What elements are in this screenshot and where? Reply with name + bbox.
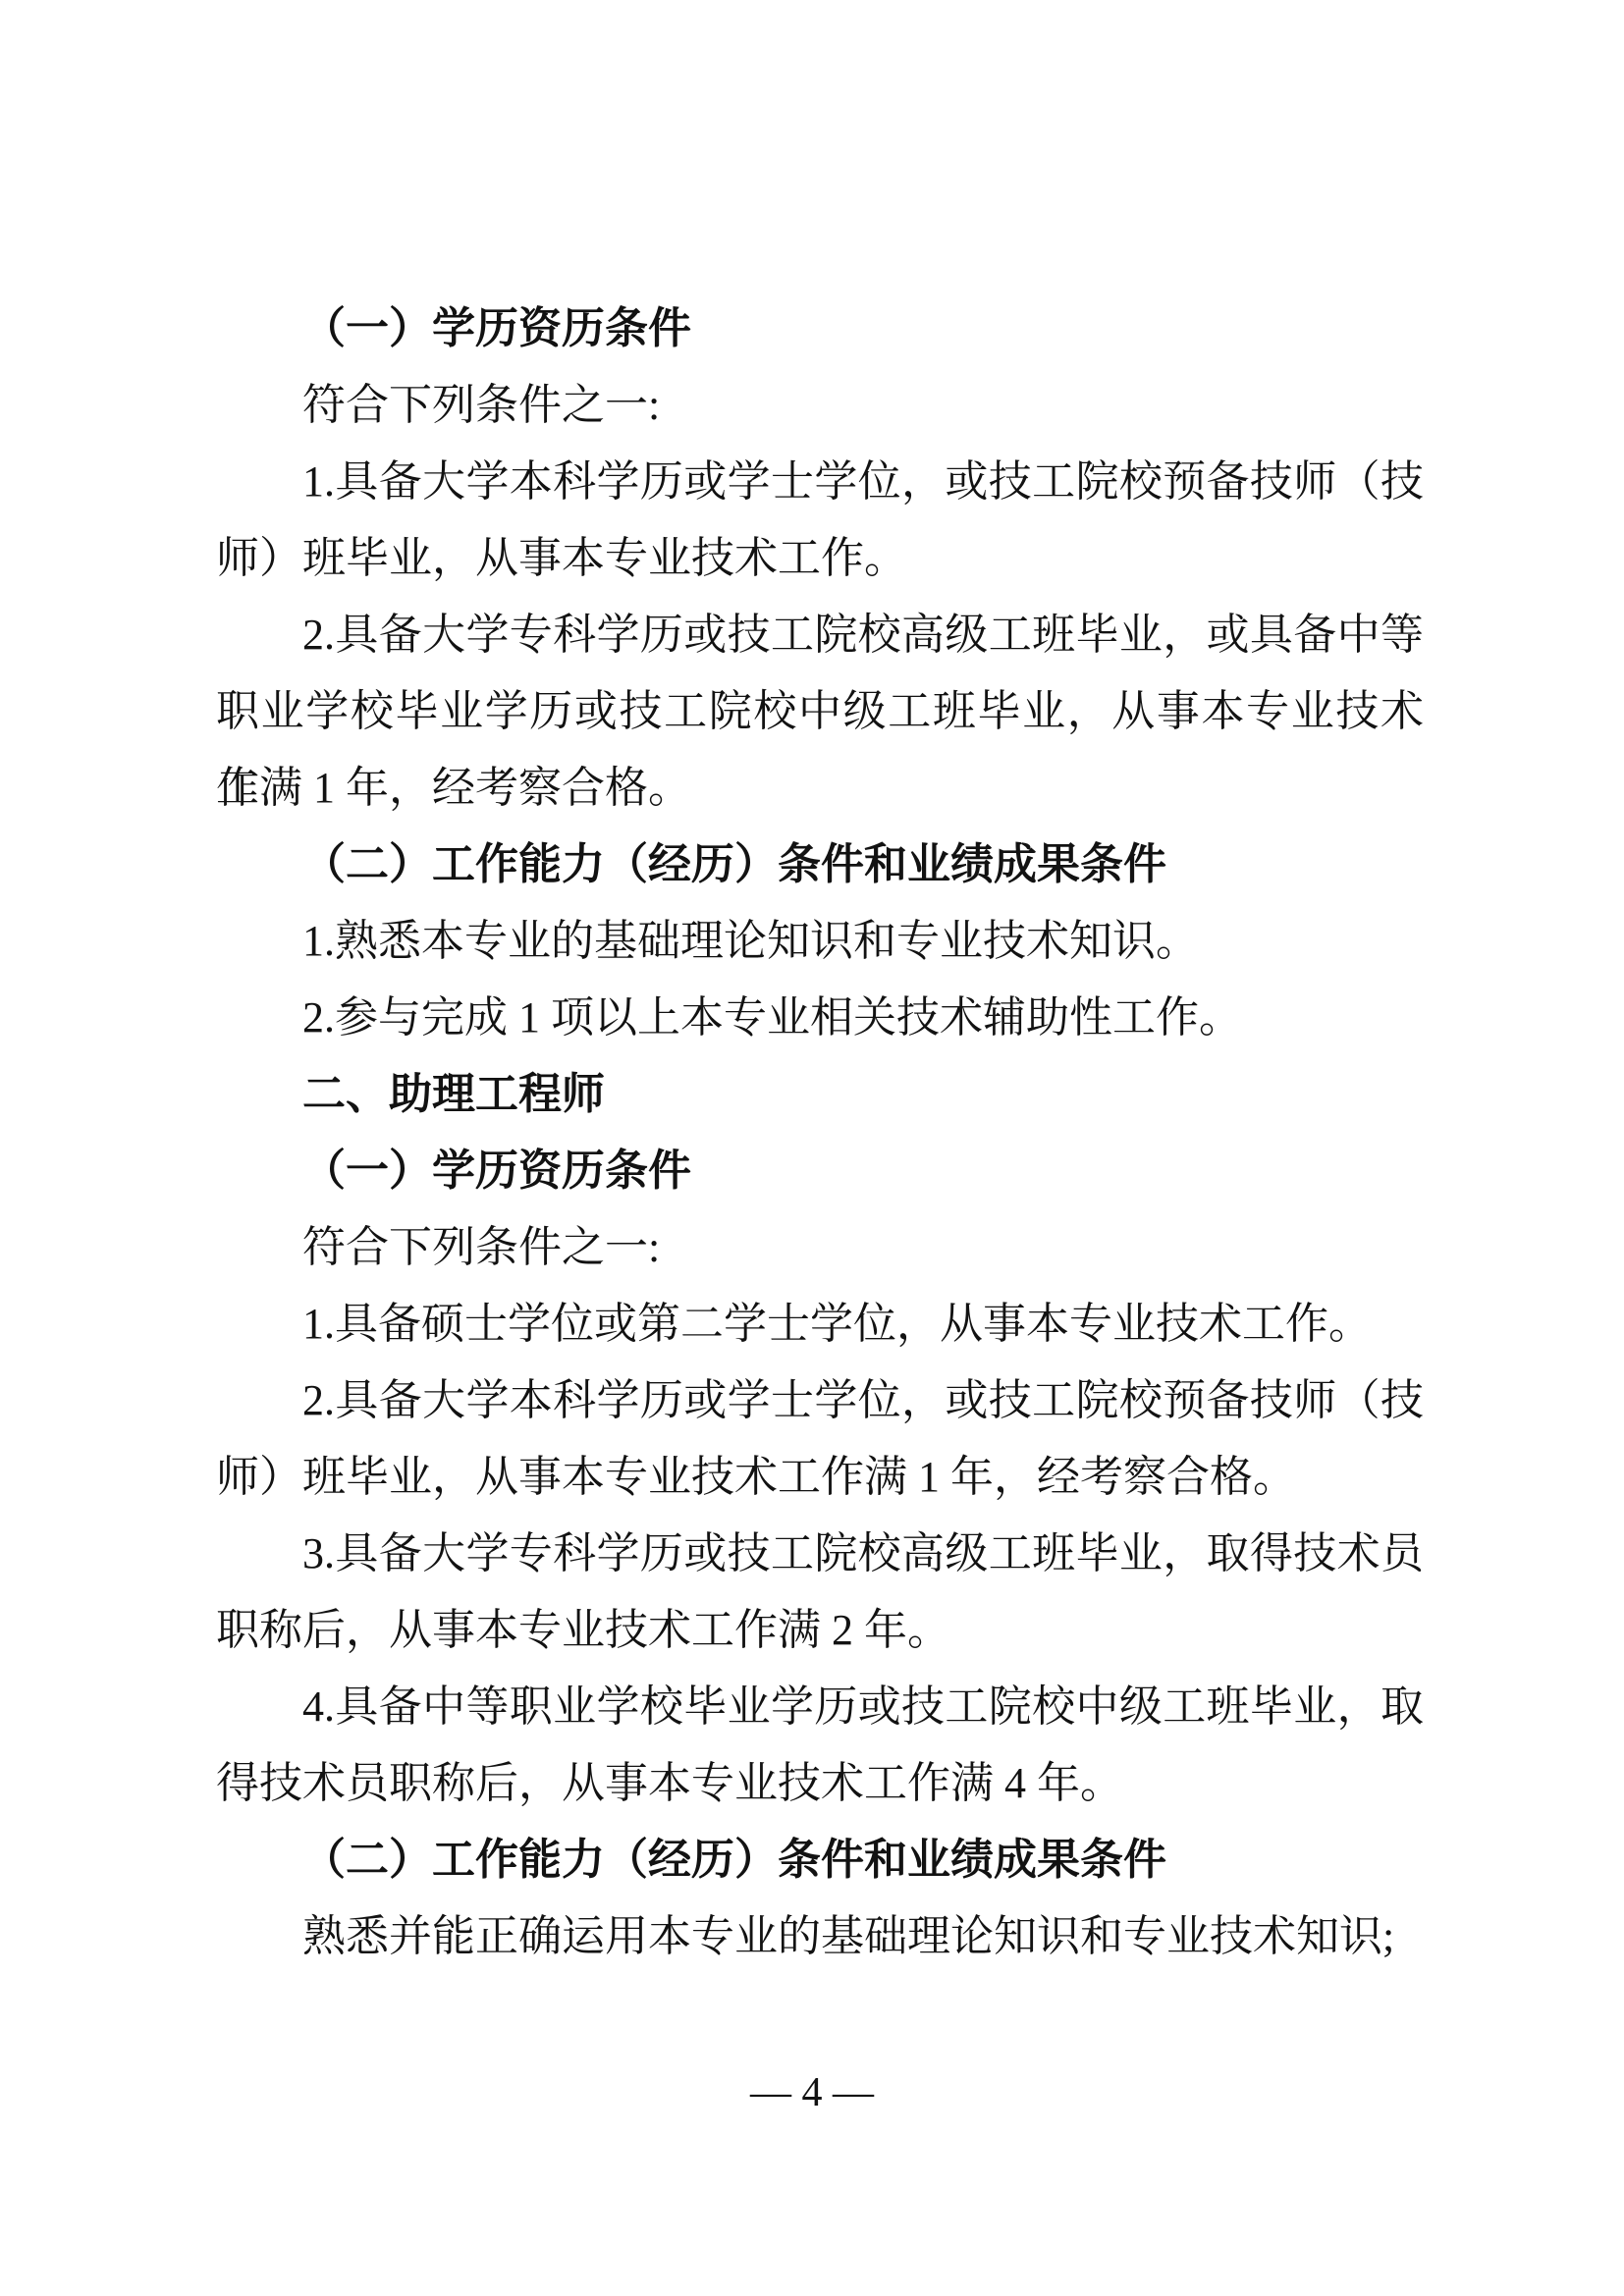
section-heading: （二）工作能力（经历）条件和业绩成果条件 [216,1822,1424,1898]
text-line: 1.具备大学本科学历或学士学位，或技工院校预备技师（技 [216,444,1424,520]
text-line: 熟悉并能正确运用本专业的基础理论知识和专业技术知识; [216,1898,1424,1975]
text-line: 2.参与完成 1 项以上本专业相关技术辅助性工作。 [216,980,1424,1056]
text-line: 2.具备大学本科学历或学士学位，或技工院校预备技师（技 [216,1362,1424,1439]
text-line: 1.熟悉本专业的基础理论知识和专业技术知识。 [216,903,1424,980]
document-body: （一）学历资历条件符合下列条件之一:1.具备大学本科学历或学士学位，或技工院校预… [216,291,1424,1975]
page: （一）学历资历条件符合下列条件之一:1.具备大学本科学历或学士学位，或技工院校预… [0,0,1624,2296]
text-line: 职业学校毕业学历或技工院校中级工班毕业，从事本专业技术工 [216,673,1424,750]
text-line: 3.具备大学专科学历或技工院校高级工班毕业，取得技术员 [216,1516,1424,1592]
text-line: 2.具备大学专科学历或技工院校高级工班毕业，或具备中等 [216,597,1424,673]
text-line: 4.具备中等职业学校毕业学历或技工院校中级工班毕业，取 [216,1669,1424,1745]
text-line: 符合下列条件之一: [216,1209,1424,1286]
section-heading: （一）学历资历条件 [216,1133,1424,1209]
section-heading: （一）学历资历条件 [216,291,1424,367]
text-line: 职称后，从事本专业技术工作满 2 年。 [216,1592,1424,1669]
text-line: 作满 1 年，经考察合格。 [216,750,1424,827]
text-line: 师）班毕业，从事本专业技术工作满 1 年，经考察合格。 [216,1439,1424,1516]
text-line: 符合下列条件之一: [216,367,1424,444]
text-line: 师）班毕业，从事本专业技术工作。 [216,520,1424,597]
text-line: 得技术员职称后，从事本专业技术工作满 4 年。 [216,1745,1424,1822]
text-line: 1.具备硕士学位或第二学士学位，从事本专业技术工作。 [216,1286,1424,1362]
page-number: — 4 — [0,2061,1624,2124]
section-heading: （二）工作能力（经历）条件和业绩成果条件 [216,827,1424,903]
section-heading: 二、助理工程师 [216,1056,1424,1133]
